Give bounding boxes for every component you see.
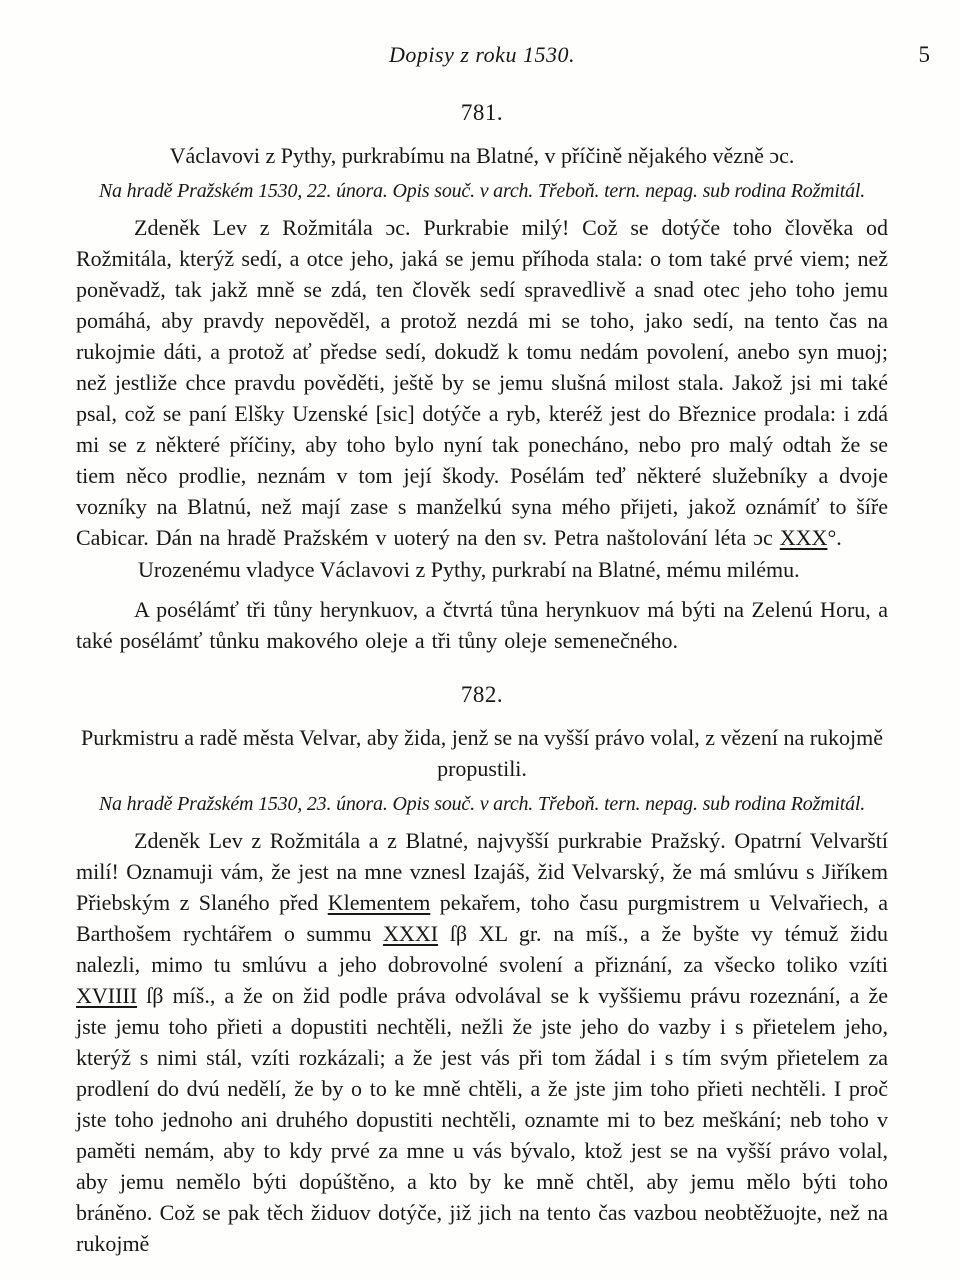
page-number: 5	[919, 42, 931, 68]
running-head: Dopisy z roku 1530. 5	[76, 42, 888, 72]
running-header-title: Dopisy z roku 1530.	[76, 42, 888, 68]
letter-heading: Purkmistru a radě města Velvar, aby žida…	[76, 722, 888, 784]
letter-postscript: A posélámť tři tůny herynkuov, a čtvrtá …	[76, 594, 888, 656]
letter-body: Zdeněk Lev z Rožmitála a z Blatné, najvy…	[76, 825, 888, 1259]
letter-number: 781.	[76, 100, 888, 126]
letter-number: 782.	[76, 682, 888, 708]
letter-provenance: Na hradě Pražském 1530, 23. února. Opis …	[76, 793, 888, 816]
letter-provenance: Na hradě Pražském 1530, 22. února. Opis …	[76, 180, 888, 203]
letter-address: Urozenému vladyce Václavovi z Pythy, pur…	[76, 554, 888, 585]
letter-body: Zdeněk Lev z Rožmitála ɔc. Purkrabie mil…	[76, 212, 888, 553]
letter-heading: Václavovi z Pythy, purkrabímu na Blatné,…	[76, 140, 888, 171]
letter-781: 781. Václavovi z Pythy, purkrabímu na Bl…	[76, 100, 888, 656]
letter-782: 782. Purkmistru a radě města Velvar, aby…	[76, 682, 888, 1259]
book-page: Dopisy z roku 1530. 5 781. Václavovi z P…	[0, 0, 960, 1280]
